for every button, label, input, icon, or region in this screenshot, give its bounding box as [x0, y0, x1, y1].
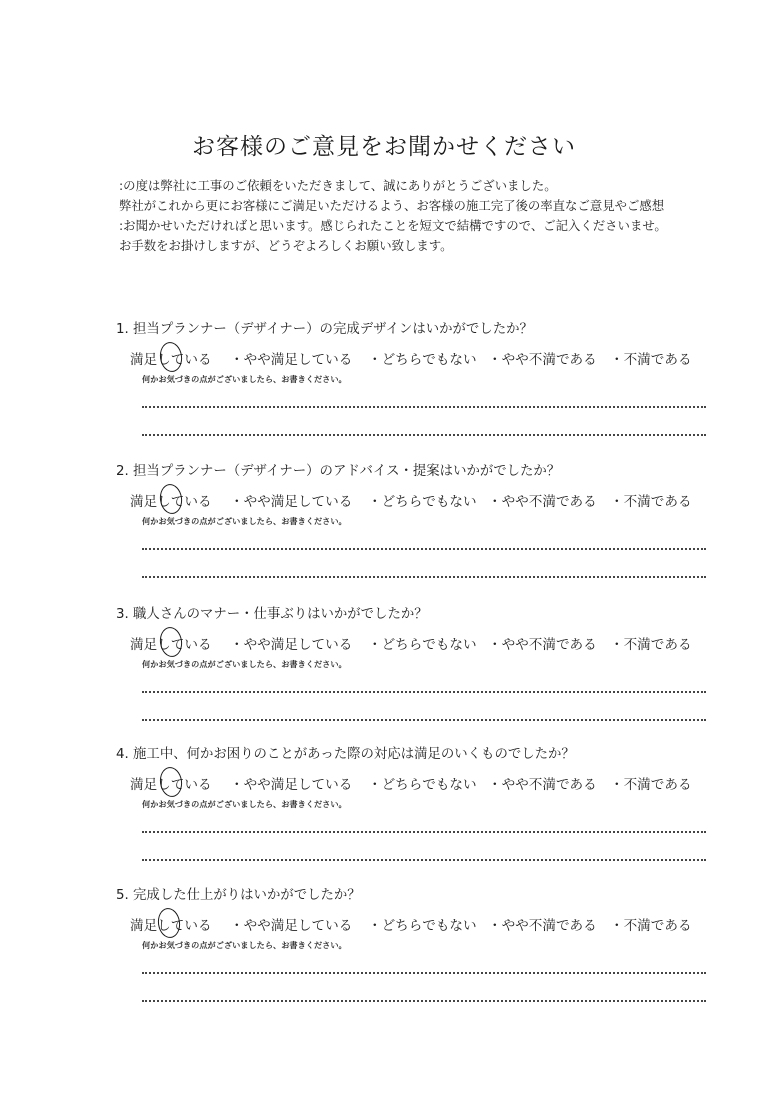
option-neutral[interactable]: ・どちらでもない — [368, 490, 477, 510]
question-label: 5. 完成した仕上がりはいかがでしたか？ — [116, 884, 716, 906]
option-dissatisfied[interactable]: ・不満である — [610, 773, 692, 793]
option-somewhat-dissatisfied[interactable]: ・やや不満である — [488, 490, 597, 510]
intro-line: 弊社がこれから更にお客様にご満足いただけるよう、お客様の施工完了後の率直なご意見… — [119, 196, 719, 216]
question-label: 1. 担当プランナー（デザイナー）の完成デザインはいかがでしたか？ — [116, 318, 716, 340]
comment-line[interactable] — [142, 406, 706, 408]
comment-line[interactable] — [142, 831, 706, 833]
option-neutral[interactable]: ・どちらでもない — [368, 348, 477, 368]
option-somewhat-dissatisfied[interactable]: ・やや不満である — [488, 348, 597, 368]
intro-paragraph: :の度は弊社に工事のご依頼をいただきまして、誠にありがとうございました。 弊社が… — [119, 176, 719, 256]
comment-prompt: 何かお気づきの点がございましたら、お書きください。 — [142, 799, 716, 813]
option-dissatisfied[interactable]: ・不満である — [610, 914, 692, 934]
option-somewhat-satisfied[interactable]: ・やや満足している — [230, 633, 352, 653]
option-somewhat-satisfied[interactable]: ・やや満足している — [230, 348, 352, 368]
answer-options: 満足している ・やや満足している ・どちらでもない ・やや不満である ・不満であ… — [130, 490, 716, 514]
intro-line: お手数をお掛けしますが、どうぞよろしくお願い致します。 — [119, 236, 719, 256]
comment-line[interactable] — [142, 972, 706, 974]
comment-line[interactable] — [142, 548, 706, 550]
comment-line[interactable] — [142, 576, 706, 578]
selected-circle-mark — [158, 341, 184, 374]
answer-options: 満足している ・やや満足している ・どちらでもない ・やや不満である ・不満であ… — [130, 773, 716, 797]
comment-prompt: 何かお気づきの点がございましたら、お書きください。 — [142, 374, 716, 388]
comment-line[interactable] — [142, 691, 706, 693]
question-label: 2. 担当プランナー（デザイナー）のアドバイス・提案はいかがでしたか？ — [116, 460, 716, 482]
option-somewhat-satisfied[interactable]: ・やや満足している — [230, 914, 352, 934]
comment-line[interactable] — [142, 434, 706, 436]
comment-prompt: 何かお気づきの点がございましたら、お書きください。 — [142, 516, 716, 530]
question-2: 2. 担当プランナー（デザイナー）のアドバイス・提案はいかがでしたか？ 満足して… — [116, 460, 716, 578]
question-5: 5. 完成した仕上がりはいかがでしたか？ 満足している ・やや満足している ・ど… — [116, 884, 716, 1002]
answer-options: 満足している ・やや満足している ・どちらでもない ・やや不満である ・不満であ… — [130, 633, 716, 657]
selected-circle-mark — [158, 626, 184, 659]
option-dissatisfied[interactable]: ・不満である — [610, 633, 692, 653]
selected-circle-mark — [158, 483, 184, 516]
survey-title: お客様のご意見をお聞かせください — [0, 128, 768, 161]
selected-circle-mark — [156, 907, 182, 940]
question-label: 3. 職人さんのマナー・仕事ぶりはいかがでしたか？ — [116, 603, 716, 625]
option-neutral[interactable]: ・どちらでもない — [368, 914, 477, 934]
option-somewhat-dissatisfied[interactable]: ・やや不満である — [488, 633, 597, 653]
comment-line[interactable] — [142, 1000, 706, 1002]
comment-prompt: 何かお気づきの点がございましたら、お書きください。 — [142, 940, 716, 954]
answer-options: 満足している ・やや満足している ・どちらでもない ・やや不満である ・不満であ… — [130, 914, 716, 938]
intro-line: :の度は弊社に工事のご依頼をいただきまして、誠にありがとうございました。 — [119, 176, 719, 196]
comment-prompt: 何かお気づきの点がございましたら、お書きください。 — [142, 659, 716, 673]
selected-circle-mark — [158, 766, 184, 799]
comment-line[interactable] — [142, 859, 706, 861]
option-somewhat-satisfied[interactable]: ・やや満足している — [230, 490, 352, 510]
option-neutral[interactable]: ・どちらでもない — [368, 633, 477, 653]
comment-line[interactable] — [142, 719, 706, 721]
question-label: 4. 施工中、何かお困りのことがあった際の対応は満足のいくものでしたか？ — [116, 743, 716, 765]
option-somewhat-satisfied[interactable]: ・やや満足している — [230, 773, 352, 793]
option-somewhat-dissatisfied[interactable]: ・やや不満である — [488, 773, 597, 793]
intro-line: :お聞かせいただければと思います。感じられたことを短文で結構ですので、ご記入くだ… — [119, 216, 719, 236]
question-1: 1. 担当プランナー（デザイナー）の完成デザインはいかがでしたか？ 満足している… — [116, 318, 716, 436]
answer-options: 満足している ・やや満足している ・どちらでもない ・やや不満である ・不満であ… — [130, 348, 716, 372]
option-somewhat-dissatisfied[interactable]: ・やや不満である — [488, 914, 597, 934]
option-neutral[interactable]: ・どちらでもない — [368, 773, 477, 793]
question-3: 3. 職人さんのマナー・仕事ぶりはいかがでしたか？ 満足している ・やや満足して… — [116, 603, 716, 721]
question-4: 4. 施工中、何かお困りのことがあった際の対応は満足のいくものでしたか？ 満足し… — [116, 743, 716, 861]
option-dissatisfied[interactable]: ・不満である — [610, 348, 692, 368]
option-dissatisfied[interactable]: ・不満である — [610, 490, 692, 510]
